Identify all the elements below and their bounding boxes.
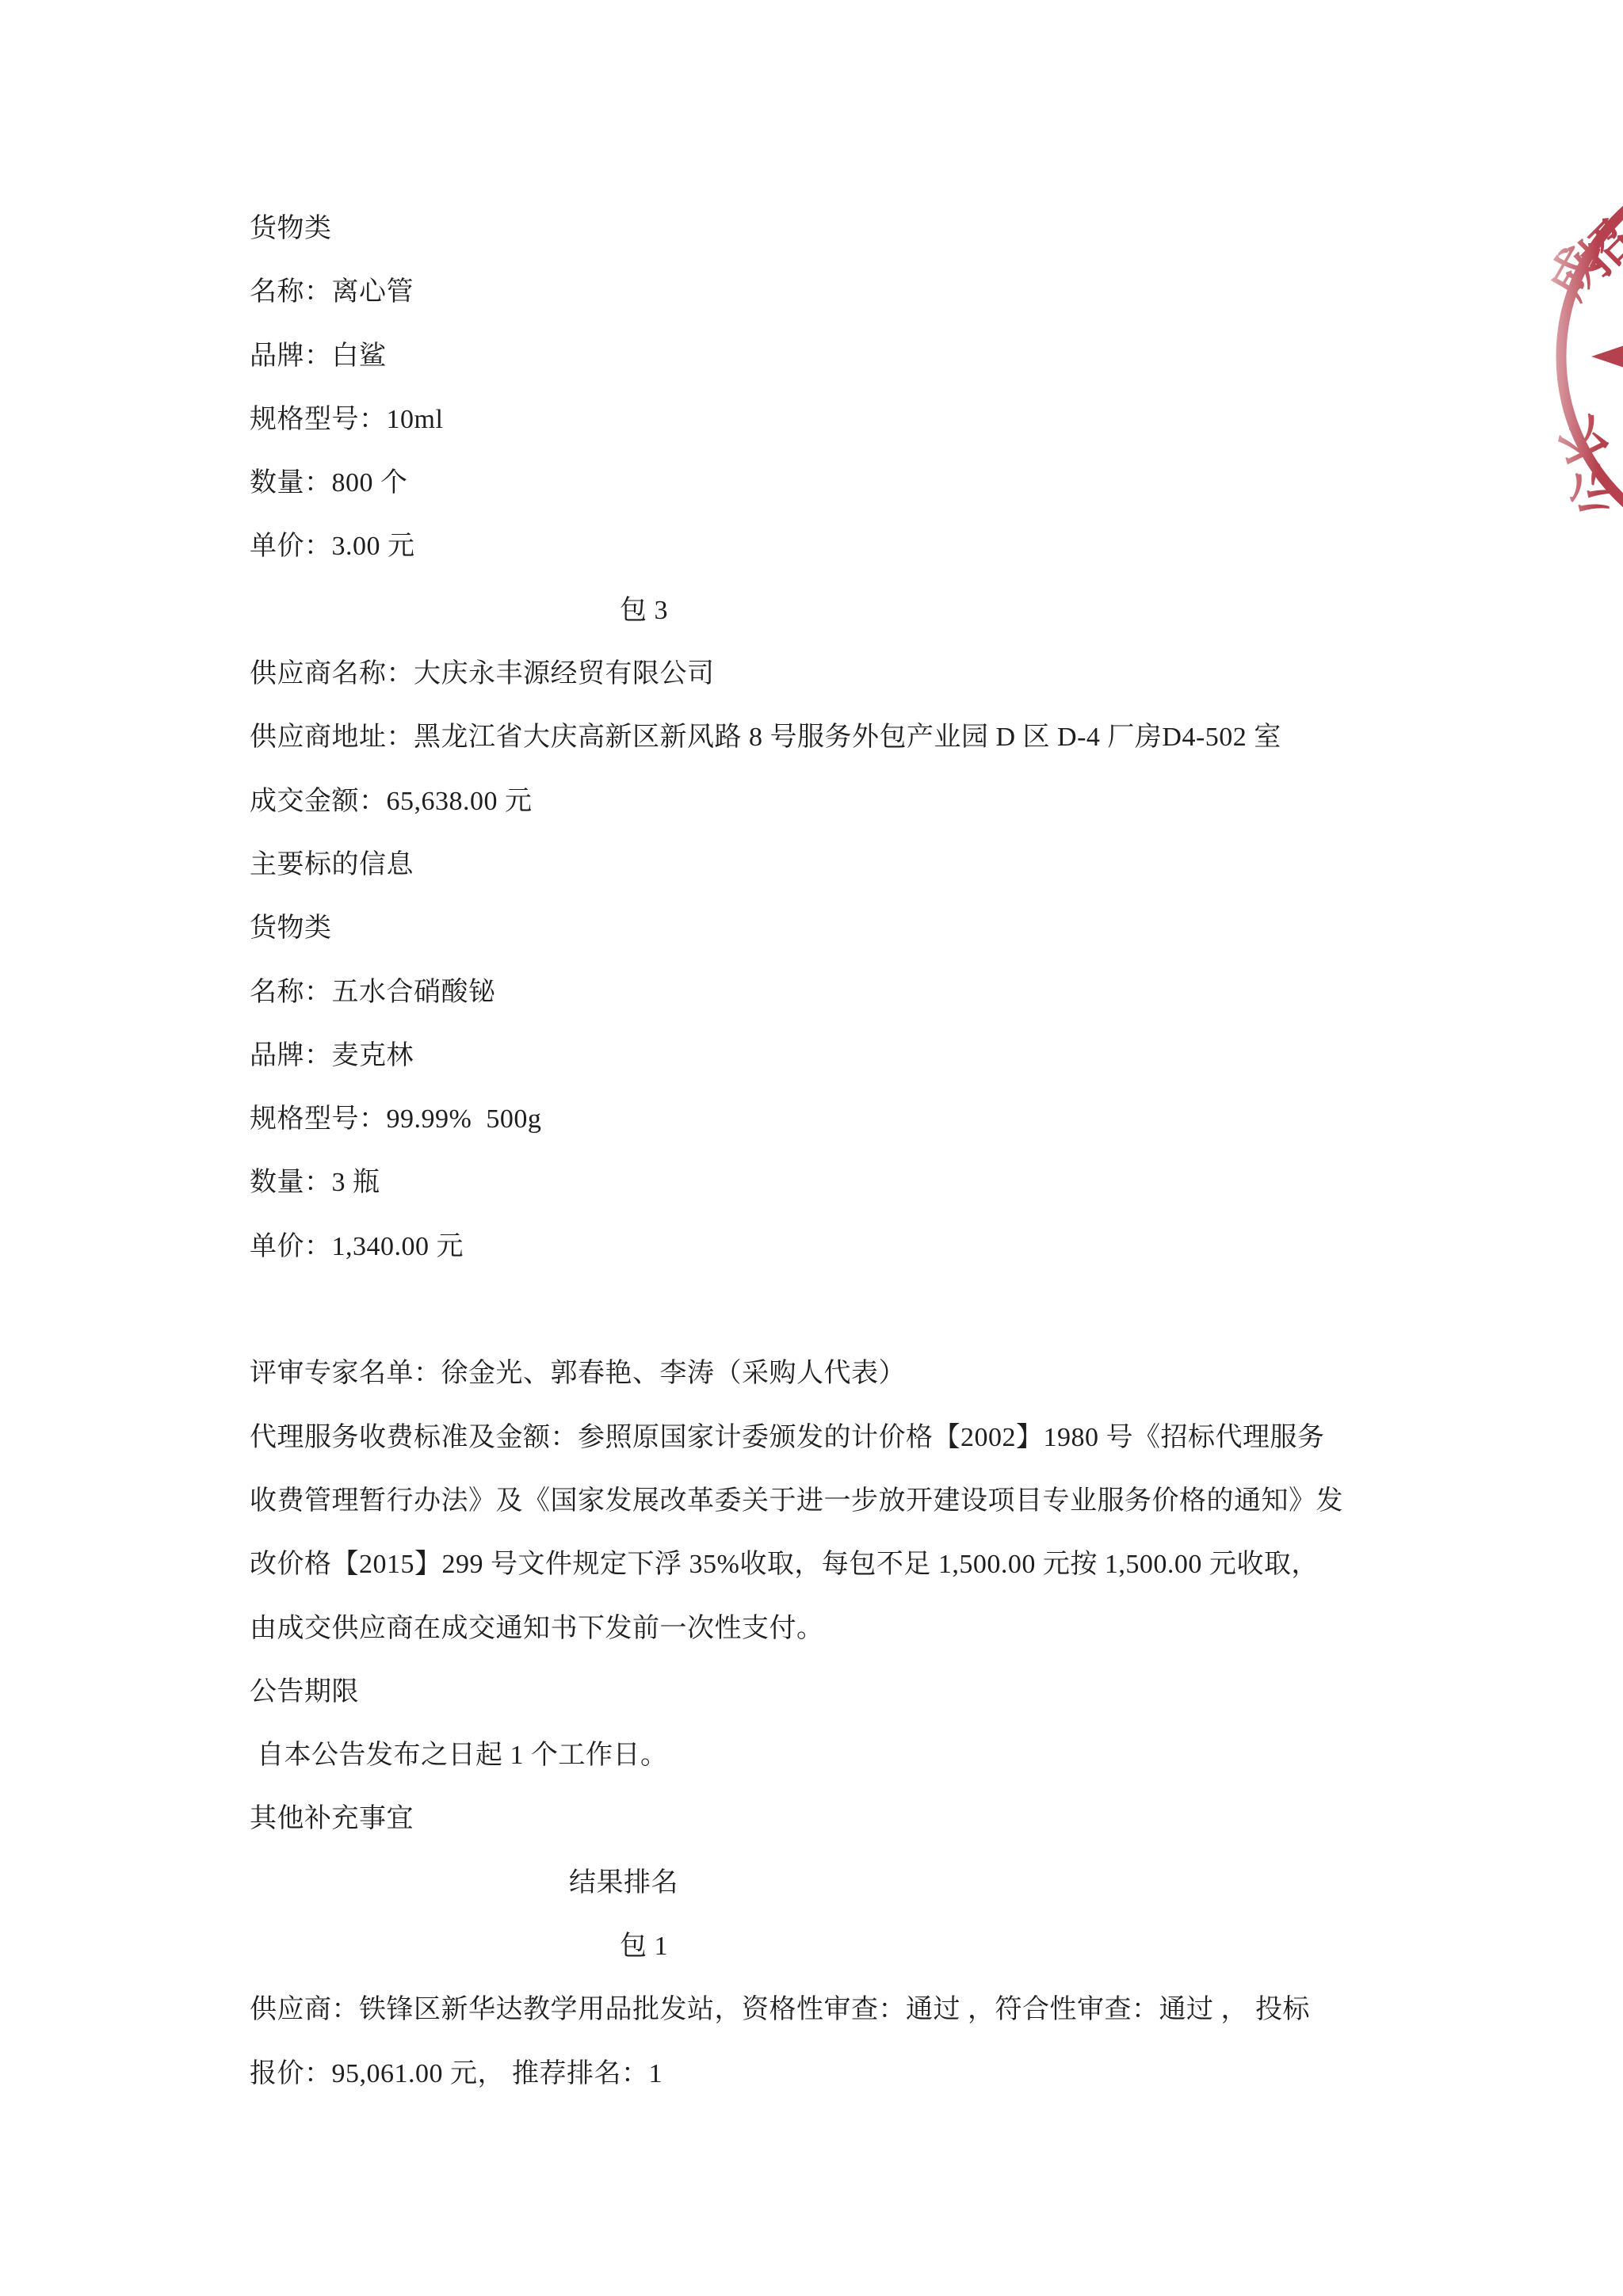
document-line: 单价：3.00 元 <box>250 515 1407 578</box>
document-line: 自本公告发布之日起 1 个工作日。 <box>250 1724 1407 1787</box>
document-line: 供应商名称：大庆永丰源经贸有限公司 <box>250 643 1407 706</box>
red-seal-stamp: 成 招 长 公 <box>1549 158 1623 570</box>
document-line: 评审专家名单：徐金光、郭春艳、李涛（采购人代表） <box>250 1342 1407 1405</box>
document-line: 品牌：白鲨 <box>250 325 1407 388</box>
document-line: 供应商：铁锋区新华达教学用品批发站，资格性审查：通过 ，符合性审查：通过 ， 投… <box>250 1978 1407 2042</box>
document-line: 名称：离心管 <box>250 261 1407 324</box>
document-line: 其他补充事宜 <box>250 1787 1407 1851</box>
document-line: 规格型号：99.99% 500g <box>250 1088 1407 1151</box>
seal-graphic: 成 招 长 公 <box>1549 158 1623 570</box>
document-line: 结果排名 <box>250 1852 1407 1915</box>
document-line <box>250 1279 1407 1342</box>
document-line: 收费管理暂行办法》及《国家发展改革委关于进一步放开建设项目专业服务价格的通知》发 <box>250 1470 1407 1533</box>
seal-char: 长 <box>1550 407 1620 475</box>
document-line: 包 3 <box>250 579 1407 643</box>
document-line: 货物类 <box>250 897 1407 960</box>
scanned-document-page: { "page": { "background": "#ffffff", "te… <box>0 0 1623 2296</box>
document-line: 报价：95,061.00 元， 推荐排名：1 <box>250 2042 1407 2106</box>
document-line: 代理服务收费标准及金额：参照原国家计委颁发的计价格【2002】1980 号《招标… <box>250 1406 1407 1470</box>
document-line: 单价：1,340.00 元 <box>250 1215 1407 1279</box>
document-body: 货物类名称：离心管品牌：白鲨规格型号：10ml数量：800 个单价：3.00 元… <box>250 197 1407 2106</box>
document-line: 货物类 <box>250 197 1407 261</box>
document-line: 由成交供应商在成交通知书下发前一次性支付。 <box>250 1597 1407 1661</box>
document-line: 数量：3 瓶 <box>250 1151 1407 1215</box>
document-line: 主要标的信息 <box>250 833 1407 897</box>
document-line: 公告期限 <box>250 1661 1407 1724</box>
document-line: 成交金额：65,638.00 元 <box>250 770 1407 833</box>
document-line: 供应商地址：黑龙江省大庆高新区新风路 8 号服务外包产业园 D 区 D-4 厂房… <box>250 706 1407 769</box>
document-line: 改价格【2015】299 号文件规定下浮 35%收取，每包不足 1,500.00… <box>250 1533 1407 1596</box>
document-line: 包 1 <box>250 1915 1407 1978</box>
document-line: 品牌：麦克林 <box>250 1024 1407 1088</box>
document-line: 规格型号：10ml <box>250 388 1407 452</box>
document-line: 名称：五水合硝酸铋 <box>250 961 1407 1024</box>
document-line: 数量：800 个 <box>250 452 1407 515</box>
